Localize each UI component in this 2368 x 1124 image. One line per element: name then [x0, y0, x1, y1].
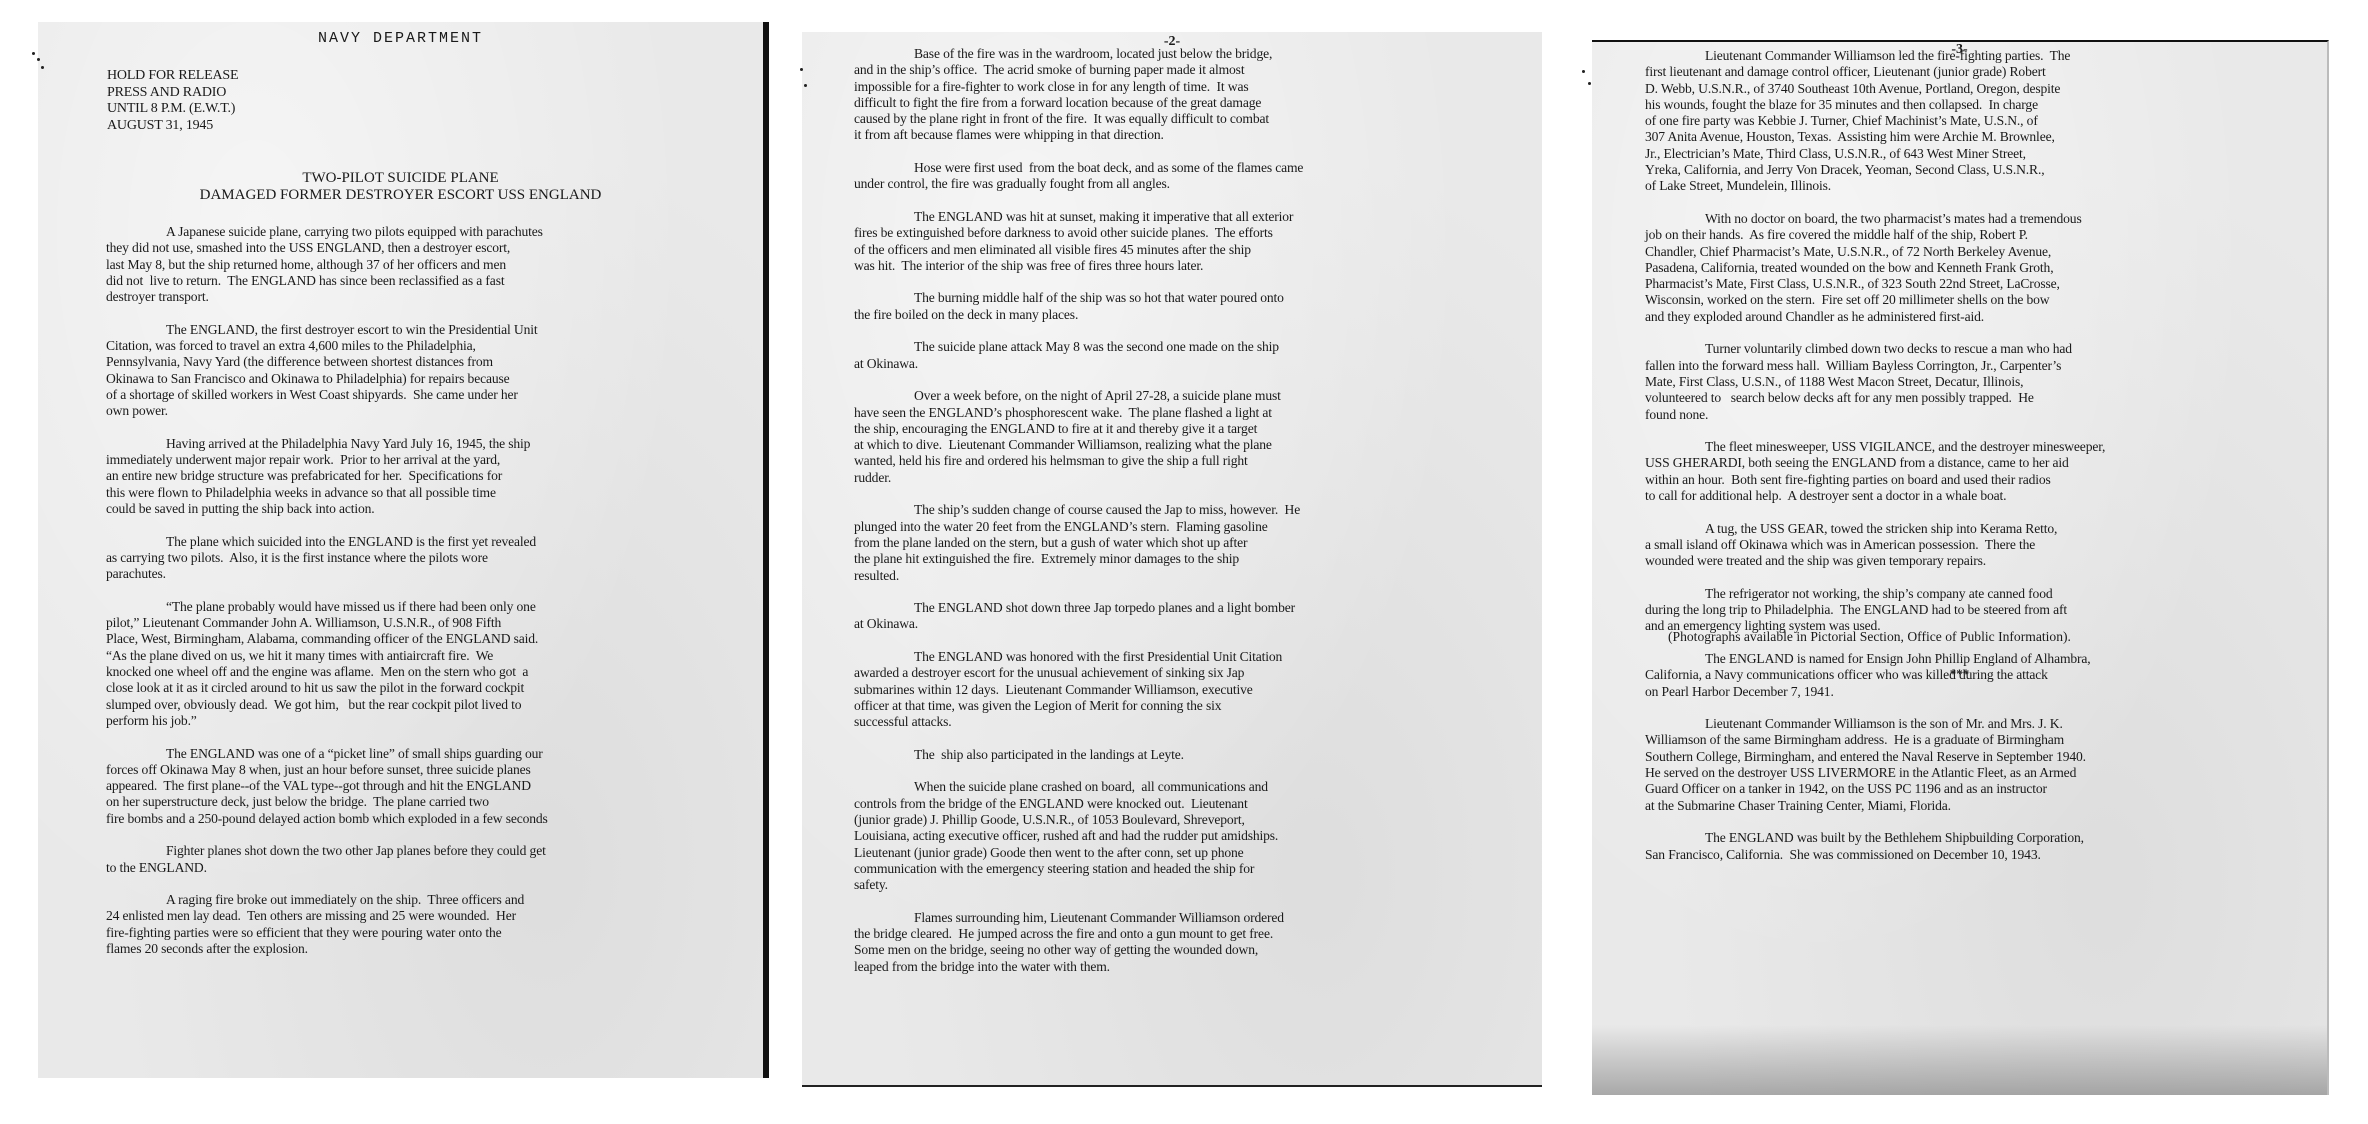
scan-speck: [1582, 70, 1585, 73]
text-line: to the ENGLAND.: [106, 860, 756, 876]
paragraph: When the suicide plane crashed on board,…: [854, 779, 1524, 893]
text-line: controls from the bridge of the ENGLAND …: [854, 796, 1524, 812]
page-body: A Japanese suicide plane, carrying two p…: [106, 224, 756, 974]
photo-caption: (Photographs available in Pictorial Sect…: [1668, 629, 2071, 645]
paragraph: The fleet minesweeper, USS VIGILANCE, an…: [1645, 439, 2315, 504]
text-line: destroyer transport.: [106, 289, 756, 305]
text-line: communication with the emergency steerin…: [854, 861, 1524, 877]
paragraph: Base of the fire was in the wardroom, lo…: [854, 46, 1524, 144]
department-header: NAVY DEPARTMENT: [38, 30, 763, 47]
text-line: the ship, encouraging the ENGLAND to fir…: [854, 421, 1524, 437]
text-line: under control, the fire was gradually fo…: [854, 176, 1524, 192]
paragraph: The ENGLAND was built by the Bethlehem S…: [1645, 830, 2315, 863]
text-line: the plane hit extinguished the fire. Ext…: [854, 551, 1524, 567]
text-line: Williamson of the same Birmingham addres…: [1645, 732, 2315, 748]
text-line: The fleet minesweeper, USS VIGILANCE, an…: [1645, 439, 2315, 455]
text-line: Place, West, Birmingham, Alabama, comman…: [106, 631, 756, 647]
text-line: The burning middle half of the ship was …: [854, 290, 1524, 306]
text-line: difficult to fight the fire from a forwa…: [854, 95, 1524, 111]
text-line: at Okinawa.: [854, 356, 1524, 372]
text-line: The ENGLAND is named for Ensign John Phi…: [1645, 651, 2315, 667]
text-line: on her superstructure deck, just below t…: [106, 794, 756, 810]
page-body: Base of the fire was in the wardroom, lo…: [854, 46, 1524, 991]
text-line: When the suicide plane crashed on board,…: [854, 779, 1524, 795]
text-line: Lieutenant Commander Williamson led the …: [1645, 48, 2315, 64]
text-line: from the plane landed on the stern, but …: [854, 535, 1524, 551]
release-line: PRESS AND RADIO: [107, 85, 238, 102]
text-line: the bridge cleared. He jumped across the…: [854, 926, 1524, 942]
paragraph: Flames surrounding him, Lieutenant Comma…: [854, 910, 1524, 975]
text-line: Over a week before, on the night of Apri…: [854, 388, 1524, 404]
text-line: appeared. The first plane--of the VAL ty…: [106, 778, 756, 794]
text-line: last May 8, but the ship returned home, …: [106, 257, 756, 273]
headline-line: DAMAGED FORMER DESTROYER ESCORT USS ENGL…: [38, 187, 763, 204]
paragraph: The ship’s sudden change of course cause…: [854, 502, 1524, 583]
text-line: The plane which suicided into the ENGLAN…: [106, 534, 756, 550]
text-line: He served on the destroyer USS LIVERMORE…: [1645, 765, 2315, 781]
text-line: Citation, was forced to travel an extra …: [106, 338, 756, 354]
text-line: Mate, First Class, U.S.N., of 1188 West …: [1645, 374, 2315, 390]
text-line: fires be extinguished before darkness to…: [854, 225, 1524, 241]
text-line: have seen the ENGLAND’s phosphorescent w…: [854, 405, 1524, 421]
text-line: knocked one wheel off and the engine was…: [106, 664, 756, 680]
paragraph: The suicide plane attack May 8 was the s…: [854, 339, 1524, 372]
text-line: did not live to return. The ENGLAND has …: [106, 273, 756, 289]
document-page-1: NAVY DEPARTMENT HOLD FOR RELEASE PRESS A…: [38, 22, 769, 1078]
text-line: wounded were treated and the ship was gi…: [1645, 553, 2315, 569]
scan-speck: [37, 58, 40, 61]
text-line: Base of the fire was in the wardroom, lo…: [854, 46, 1524, 62]
text-line: at Okinawa.: [854, 616, 1524, 632]
text-line: impossible for a fire-fighter to work cl…: [854, 79, 1524, 95]
text-line: fire bombs and a 250-pound delayed actio…: [106, 811, 756, 827]
text-line: A raging fire broke out immediately on t…: [106, 892, 756, 908]
text-line: was hit. The interior of the ship was fr…: [854, 258, 1524, 274]
text-line: submarines within 12 days. Lieutenant Co…: [854, 682, 1524, 698]
paragraph: The ENGLAND was one of a “picket line” o…: [106, 746, 756, 827]
text-line: it from aft because flames were whipping…: [854, 127, 1524, 143]
paragraph: Lieutenant Commander Williamson is the s…: [1645, 716, 2315, 814]
document-page-2: -2- Base of the fire was in the wardroom…: [802, 32, 1542, 1087]
text-line: they did not use, smashed into the USS E…: [106, 240, 756, 256]
paragraph: Fighter planes shot down the two other J…: [106, 843, 756, 876]
text-line: Having arrived at the Philadelphia Navy …: [106, 436, 756, 452]
text-line: A tug, the USS GEAR, towed the stricken …: [1645, 521, 2315, 537]
scan-speck: [800, 68, 803, 71]
text-line: The ship’s sudden change of course cause…: [854, 502, 1524, 518]
text-line: safety.: [854, 877, 1524, 893]
text-line: volunteered to search below decks aft fo…: [1645, 390, 2315, 406]
text-line: Louisiana, acting executive officer, rus…: [854, 828, 1524, 844]
text-line: 307 Anita Avenue, Houston, Texas. Assist…: [1645, 129, 2315, 145]
text-line: resulted.: [854, 568, 1524, 584]
text-line: “The plane probably would have missed us…: [106, 599, 756, 615]
text-line: own power.: [106, 403, 756, 419]
paragraph: With no doctor on board, the two pharmac…: [1645, 211, 2315, 325]
text-line: found none.: [1645, 407, 2315, 423]
document-page-3: -3- Lieutenant Commander Williamson led …: [1592, 40, 2329, 1095]
text-line: officer at that time, was given the Legi…: [854, 698, 1524, 714]
scan-speck: [804, 84, 807, 87]
text-line: an entire new bridge structure was prefa…: [106, 468, 756, 484]
text-line: as carrying two pilots. Also, it is the …: [106, 550, 756, 566]
text-line: Hose were first used from the boat deck,…: [854, 160, 1524, 176]
paragraph: The burning middle half of the ship was …: [854, 290, 1524, 323]
text-line: job on their hands. As fire covered the …: [1645, 227, 2315, 243]
paragraph: Over a week before, on the night of Apri…: [854, 388, 1524, 486]
text-line: and in the ship’s office. The acrid smok…: [854, 62, 1524, 78]
text-line: Okinawa to San Francisco and Okinawa to …: [106, 371, 756, 387]
text-line: The suicide plane attack May 8 was the s…: [854, 339, 1524, 355]
scan-speck: [41, 66, 44, 69]
text-line: The ENGLAND was one of a “picket line” o…: [106, 746, 756, 762]
paragraph: Lieutenant Commander Williamson led the …: [1645, 48, 2315, 195]
text-line: The ENGLAND was built by the Bethlehem S…: [1645, 830, 2315, 846]
text-line: The ENGLAND, the first destroyer escort …: [106, 322, 756, 338]
text-line: at the Submarine Chaser Training Center,…: [1645, 798, 2315, 814]
text-line: of Lake Street, Mundelein, Illinois.: [1645, 178, 2315, 194]
text-line: Guard Officer on a tanker in 1942, on th…: [1645, 781, 2315, 797]
text-line: San Francisco, California. She was commi…: [1645, 847, 2315, 863]
paragraph: The ENGLAND was honored with the first P…: [854, 649, 1524, 730]
text-line: during the long trip to Philadelphia. Th…: [1645, 602, 2315, 618]
text-line: forces off Okinawa May 8 when, just an h…: [106, 762, 756, 778]
scan-speck: [1588, 82, 1591, 85]
text-line: at which to dive. Lieutenant Commander W…: [854, 437, 1524, 453]
release-line: UNTIL 8 P.M. (E.W.T.): [107, 101, 238, 118]
text-line: Yreka, California, and Jerry Von Dracek,…: [1645, 162, 2315, 178]
text-line: slumped over, obviously dead. We got him…: [106, 697, 756, 713]
page-body: Lieutenant Commander Williamson led the …: [1645, 48, 2315, 879]
paragraph: Hose were first used from the boat deck,…: [854, 160, 1524, 193]
text-line: fallen into the forward mess hall. Willi…: [1645, 358, 2315, 374]
text-line: perform his job.”: [106, 713, 756, 729]
paragraph: A tug, the USS GEAR, towed the stricken …: [1645, 521, 2315, 570]
text-line: of the officers and men eliminated all v…: [854, 242, 1524, 258]
paragraph: Having arrived at the Philadelphia Navy …: [106, 436, 756, 517]
text-line: Lieutenant Commander Williamson is the s…: [1645, 716, 2315, 732]
paragraph: A Japanese suicide plane, carrying two p…: [106, 224, 756, 305]
text-line: close look at it as it circled around to…: [106, 680, 756, 696]
text-line: flames 20 seconds after the explosion.: [106, 941, 756, 957]
text-line: The ENGLAND was hit at sunset, making it…: [854, 209, 1524, 225]
text-line: The refrigerator not working, the ship’s…: [1645, 586, 2315, 602]
text-line: (junior grade) J. Phillip Goode, U.S.N.R…: [854, 812, 1524, 828]
release-line: HOLD FOR RELEASE: [107, 68, 238, 85]
text-line: of a shortage of skilled workers in West…: [106, 387, 756, 403]
text-line: D. Webb, U.S.N.R., of 3740 Southeast 10t…: [1645, 81, 2315, 97]
text-line: Pennsylvania, Navy Yard (the difference …: [106, 354, 756, 370]
text-line: The ship also participated in the landin…: [854, 747, 1524, 763]
text-line: Flames surrounding him, Lieutenant Comma…: [854, 910, 1524, 926]
paragraph: The plane which suicided into the ENGLAN…: [106, 534, 756, 583]
text-line: wanted, held his fire and ordered his he…: [854, 453, 1524, 469]
scan-shadow: [1592, 1025, 2327, 1095]
text-line: The ENGLAND was honored with the first P…: [854, 649, 1524, 665]
text-line: Southern College, Birmingham, and entere…: [1645, 749, 2315, 765]
text-line: pilot,” Lieutenant Commander John A. Wil…: [106, 615, 756, 631]
text-line: to call for additional help. A destroyer…: [1645, 488, 2315, 504]
text-line: first lieutenant and damage control offi…: [1645, 64, 2315, 80]
text-line: a small island off Okinawa which was in …: [1645, 537, 2315, 553]
text-line: Wisconsin, worked on the stern. Fire set…: [1645, 292, 2315, 308]
text-line: Jr., Electrician’s Mate, Third Class, U.…: [1645, 146, 2315, 162]
text-line: 24 enlisted men lay dead. Ten others are…: [106, 908, 756, 924]
paragraph: “The plane probably would have missed us…: [106, 599, 756, 729]
text-line: fire-fighting parties were so efficient …: [106, 925, 756, 941]
text-line: immediately underwent major repair work.…: [106, 452, 756, 468]
paragraph: The refrigerator not working, the ship’s…: [1645, 586, 2315, 635]
text-line: leaped from the bridge into the water wi…: [854, 959, 1524, 975]
text-line: within an hour. Both sent fire-fighting …: [1645, 472, 2315, 488]
text-line: of one fire party was Kebbie J. Turner, …: [1645, 113, 2315, 129]
text-line: on Pearl Harbor December 7, 1941.: [1645, 684, 2315, 700]
text-line: Some men on the bridge, seeing no other …: [854, 942, 1524, 958]
text-line: USS GHERARDI, both seeing the ENGLAND fr…: [1645, 455, 2315, 471]
text-line: rudder.: [854, 470, 1524, 486]
text-line: and they exploded around Chandler as he …: [1645, 309, 2315, 325]
paragraph: Turner voluntarily climbed down two deck…: [1645, 341, 2315, 422]
text-line: Fighter planes shot down the two other J…: [106, 843, 756, 859]
text-line: “As the plane dived on us, we hit it man…: [106, 648, 756, 664]
text-line: this were flown to Philadelphia weeks in…: [106, 485, 756, 501]
text-line: the fire boiled on the deck in many plac…: [854, 307, 1524, 323]
release-info: HOLD FOR RELEASE PRESS AND RADIO UNTIL 8…: [107, 68, 238, 134]
text-line: With no doctor on board, the two pharmac…: [1645, 211, 2315, 227]
paragraph: A raging fire broke out immediately on t…: [106, 892, 756, 957]
text-line: Pasadena, California, treated wounded on…: [1645, 260, 2315, 276]
headline: TWO-PILOT SUICIDE PLANE DAMAGED FORMER D…: [38, 170, 763, 204]
text-line: The ENGLAND shot down three Jap torpedo …: [854, 600, 1524, 616]
text-line: caused by the plane right in front of th…: [854, 111, 1524, 127]
text-line: parachutes.: [106, 566, 756, 582]
text-line: Turner voluntarily climbed down two deck…: [1645, 341, 2315, 357]
paragraph: The ENGLAND was hit at sunset, making it…: [854, 209, 1524, 274]
paragraph: The ship also participated in the landin…: [854, 747, 1524, 763]
release-line: AUGUST 31, 1945: [107, 118, 238, 135]
paragraph: The ENGLAND, the first destroyer escort …: [106, 322, 756, 420]
scan-speck: [32, 52, 35, 55]
text-line: Pharmacist’s Mate, First Class, U.S.N.R.…: [1645, 276, 2315, 292]
text-line: A Japanese suicide plane, carrying two p…: [106, 224, 756, 240]
text-line: his wounds, fought the blaze for 35 minu…: [1645, 97, 2315, 113]
paragraph: The ENGLAND shot down three Jap torpedo …: [854, 600, 1524, 633]
text-line: successful attacks.: [854, 714, 1524, 730]
text-line: could be saved in putting the ship back …: [106, 501, 756, 517]
headline-line: TWO-PILOT SUICIDE PLANE: [38, 170, 763, 187]
text-line: plunged into the water 20 feet from the …: [854, 519, 1524, 535]
end-mark: ***: [1592, 666, 2327, 682]
text-line: awarded a destroyer escort for the unusu…: [854, 665, 1524, 681]
text-line: Chandler, Chief Pharmacist’s Mate, U.S.N…: [1645, 244, 2315, 260]
text-line: Lieutenant (junior grade) Goode then wen…: [854, 845, 1524, 861]
